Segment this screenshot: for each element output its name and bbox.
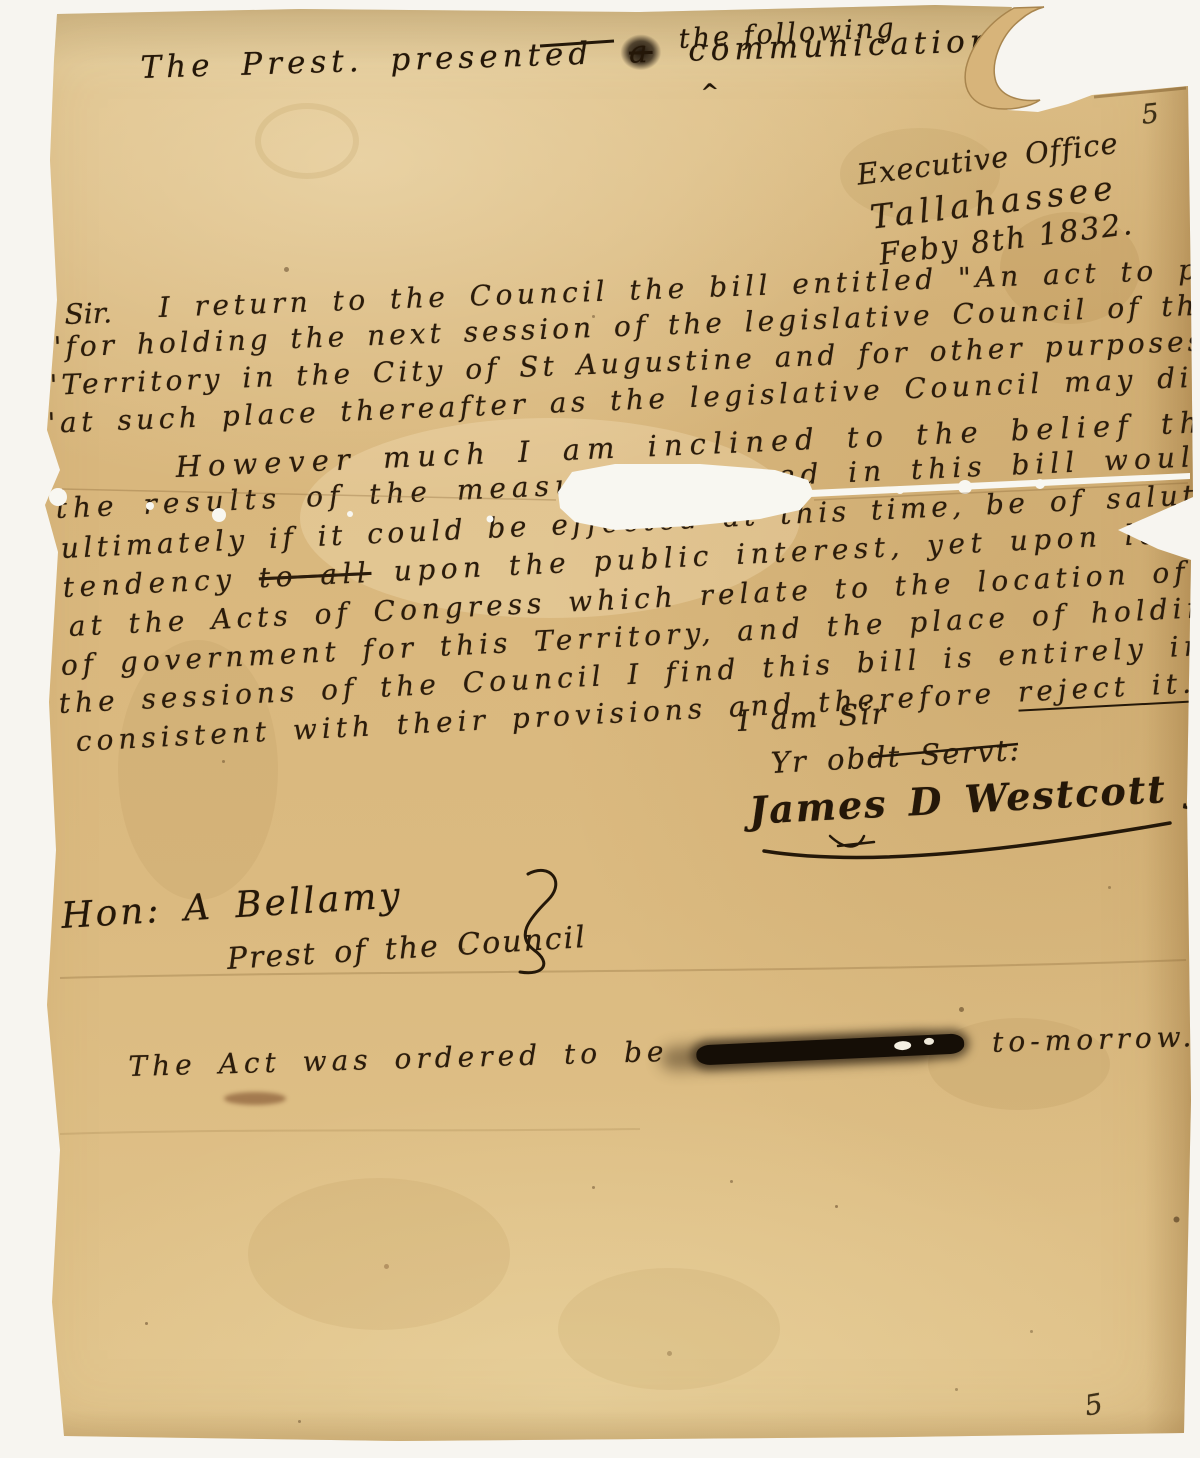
addressee-title: Prest of the Council	[226, 920, 588, 977]
stain	[248, 1178, 510, 1330]
body-line-8-pre: tendency	[62, 563, 237, 604]
paper-sheet: the following The Prest. presented a com…	[0, 0, 1200, 1458]
annotation-pre: The Prest. presented	[140, 36, 594, 86]
closing-line-2: Yr obdt Servt:	[770, 733, 1022, 780]
ink-blot	[696, 1033, 965, 1065]
ink-smudge	[224, 1092, 286, 1105]
strikethrough-word: to all	[258, 556, 372, 594]
underlined-reject: reject it.	[1017, 666, 1197, 711]
bottom-note: The Act was ordered to be to-morrow.	[128, 1020, 1197, 1083]
closing-line-1: I am Sir	[737, 696, 888, 738]
bottom-note-post: to-morrow.	[992, 1020, 1197, 1059]
insert-caret-mark: ^	[700, 79, 720, 106]
stain	[558, 1268, 780, 1390]
scanned-letter-page: the following The Prest. presented a com…	[0, 0, 1200, 1458]
addressee-name: Hon: A Bellamy	[60, 875, 404, 937]
ring-stain	[255, 103, 359, 179]
page-number-bottom: 5	[1082, 1387, 1105, 1423]
foxing-specks	[0, 0, 3, 3]
blotted-word: a	[619, 34, 662, 71]
page-number-top: 5	[1140, 98, 1160, 131]
salutation: Sir.	[64, 296, 112, 331]
bottom-note-pre: The Act was ordered to be	[128, 1035, 669, 1083]
annotation-line: The Prest. presented a communication fro…	[140, 16, 1200, 86]
